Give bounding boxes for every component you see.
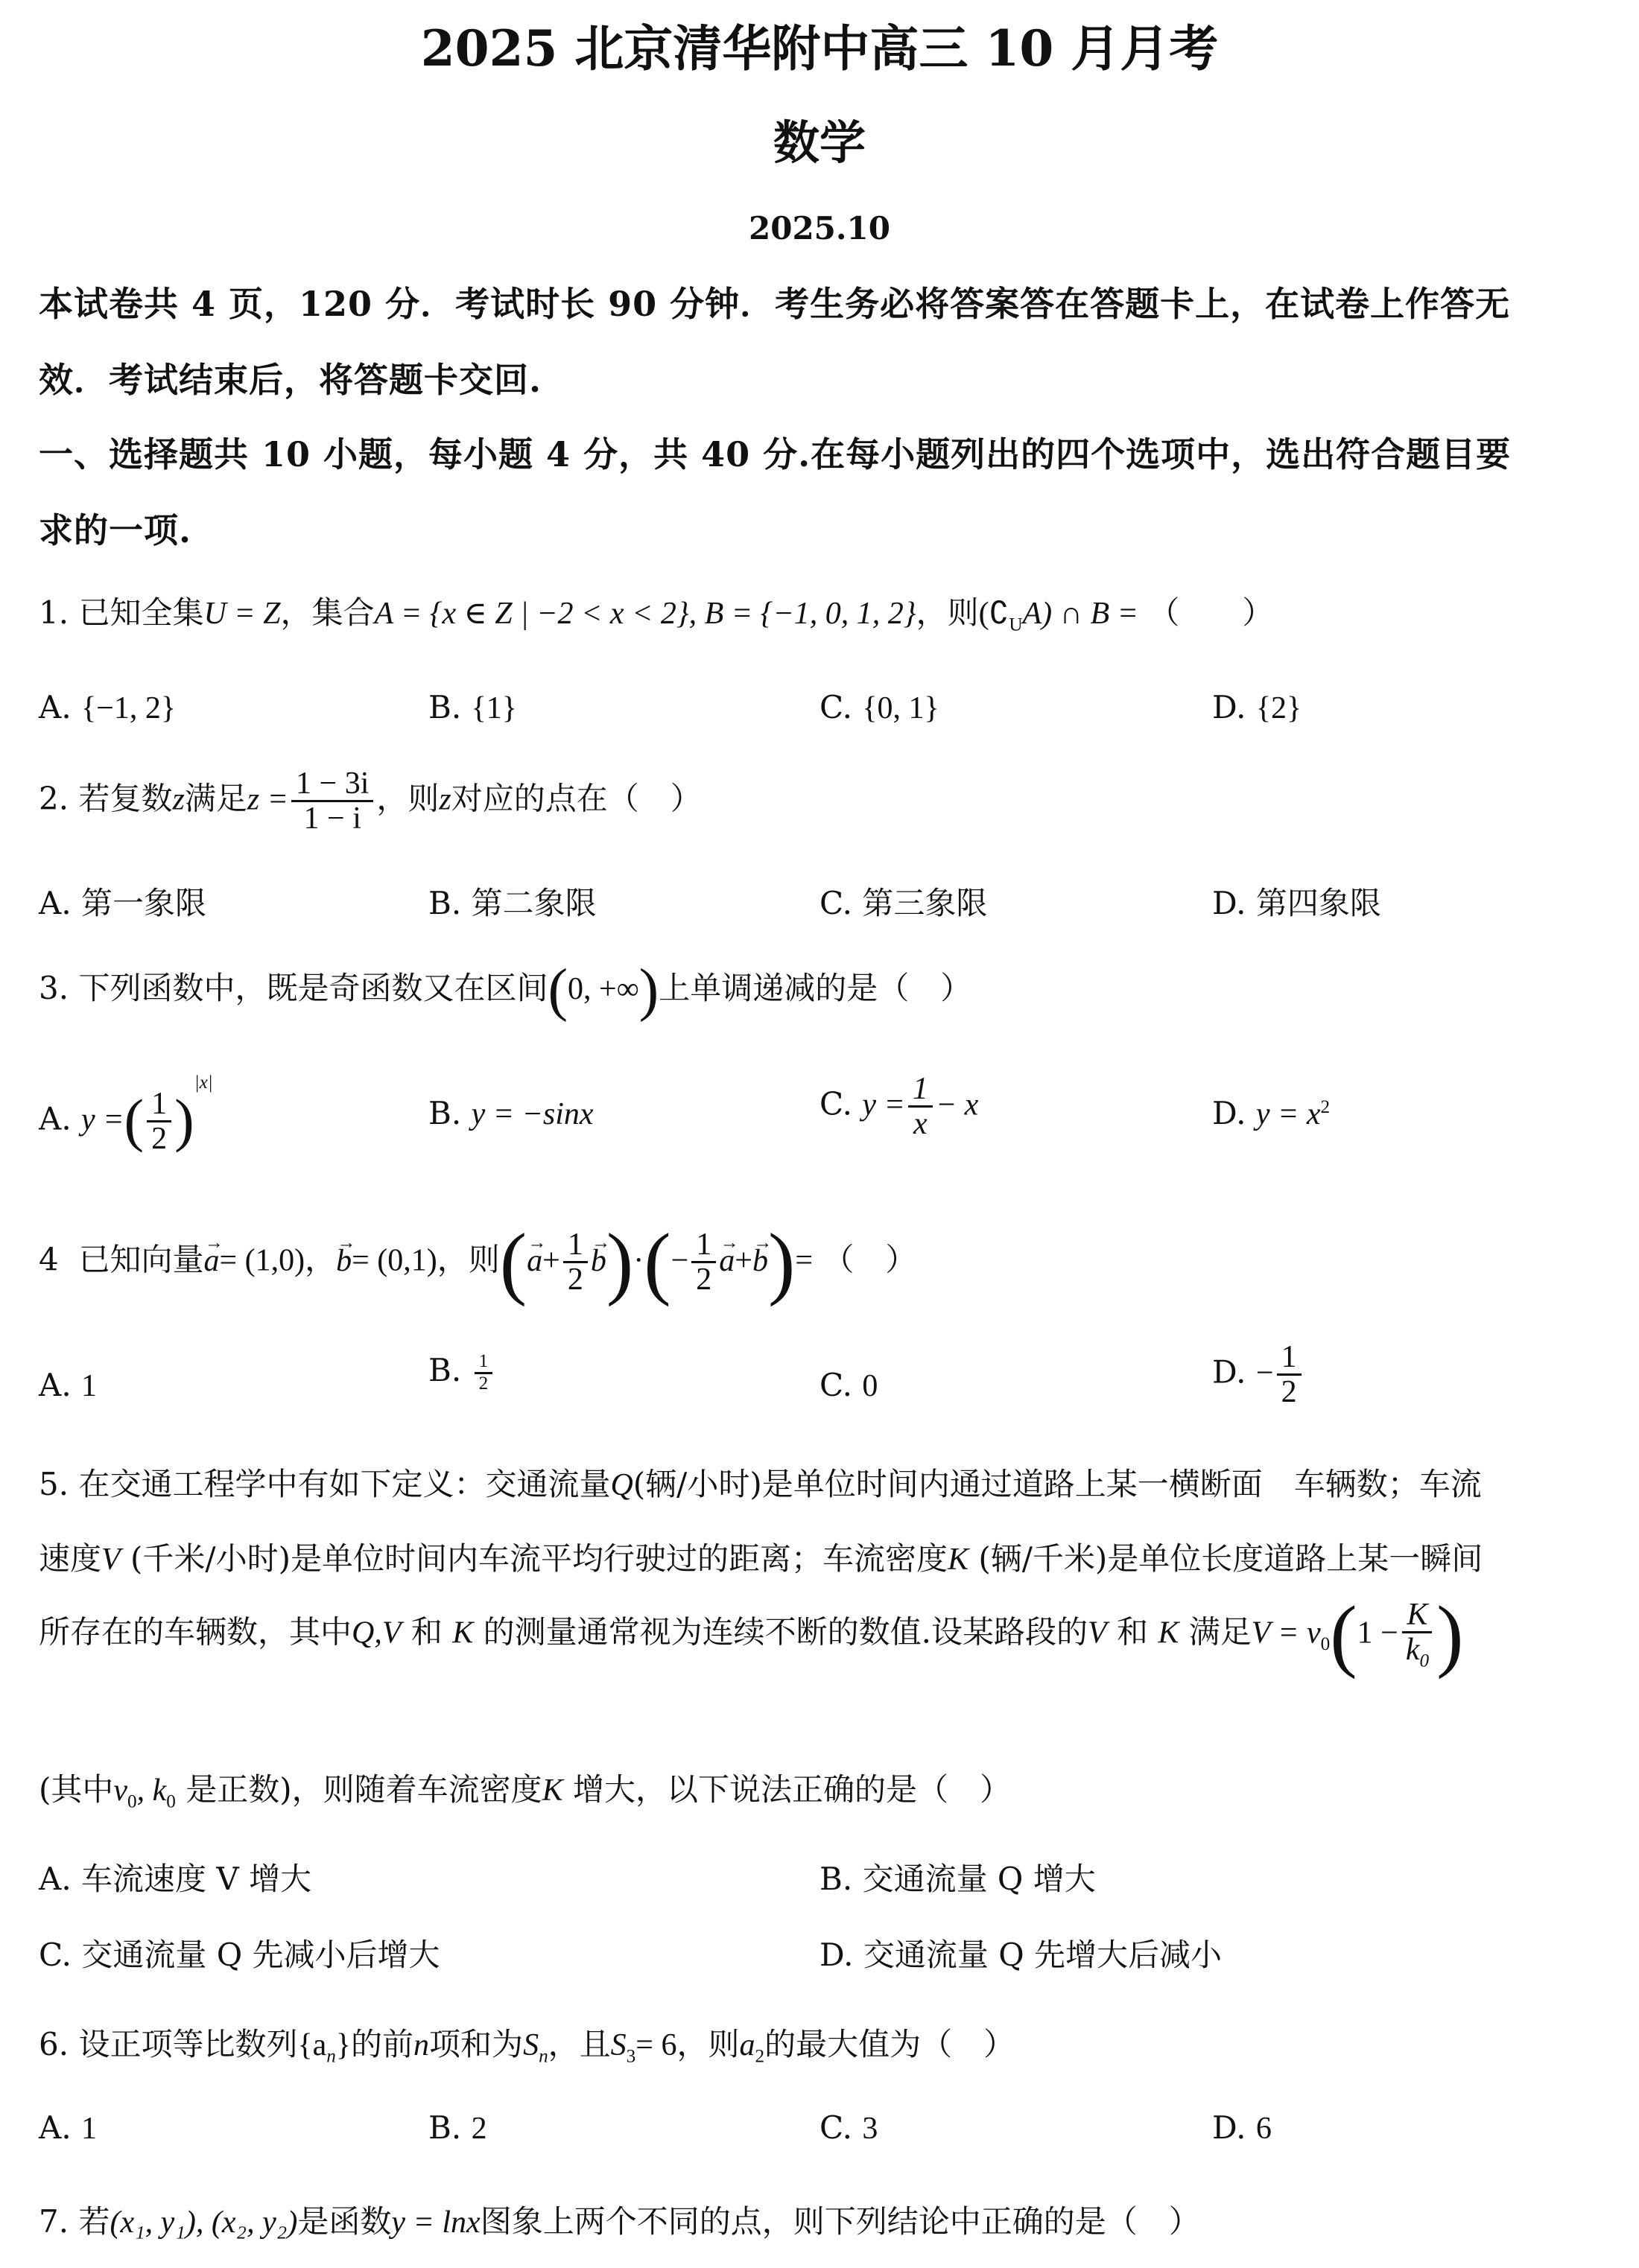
question-text: ，集合 (280, 594, 374, 631)
math-interval: 0, +∞ (568, 972, 639, 1006)
question-text: 已知向量 (78, 1242, 203, 1278)
q1-option-a: A. {−1, 2} (39, 689, 176, 726)
q6-option-a: A. 1 (39, 2109, 97, 2147)
instructions-line-1: 本试卷共 4 页，120 分．考试时长 90 分钟．考生务必将答案答在答题卡上，… (39, 277, 1510, 326)
math-expression: A) ∩ B = (1023, 597, 1138, 631)
q1-option-d: D. {2} (1212, 689, 1302, 726)
q3-option-c: C. y =1x− x (819, 1073, 978, 1140)
formula-v: V = v (1252, 1616, 1321, 1651)
question-number: 3. (39, 970, 69, 1006)
q2-option-b: B. 第二象限 (428, 879, 597, 924)
instructions-line-2: 效．考试结束后，将答题卡交回. (39, 353, 542, 402)
math-complement: (∁ (979, 597, 1009, 631)
q4-option-a: A. 1 (39, 1367, 97, 1404)
option-value: {2} (1256, 691, 1302, 725)
q1-option-b: B. {1} (428, 689, 517, 726)
q3-option-d: D. y = x2 (1212, 1095, 1330, 1132)
question-5-line-3: 所存在的车辆数，其中Q,V 和 K 的测量通常视为连续不断的数值.设某路段的V … (39, 1594, 1463, 1675)
q4-option-b: B. 12 (428, 1352, 495, 1394)
math-subscript: U (1009, 614, 1022, 635)
question-6: 6. 设正项等比数列{an}的前n项和为Sn，且S3= 6，则a2的最大值为（ … (39, 2020, 1015, 2067)
question-text: 满足 (185, 781, 247, 817)
q6-option-b: B. 2 (428, 2109, 487, 2147)
math-universal-set: U = Z (203, 597, 280, 631)
option-label: D. (1212, 689, 1246, 725)
section-heading-line-2: 求的一项. (39, 504, 191, 553)
math-lhs: z = (247, 783, 288, 817)
option-label: A. (39, 689, 72, 725)
q5-option-a: A. 车流速度 V 增大 (39, 1855, 311, 1899)
q2-option-c: C. 第三象限 (819, 879, 987, 924)
option-label: C. (819, 689, 852, 725)
exam-date: 2025.10 (0, 210, 1639, 247)
q6-option-c: C. 3 (819, 2109, 878, 2147)
question-1: 1. 已知全集U = Z，集合A = {x ∈ Z | −2 < x < 2},… (39, 588, 1273, 635)
question-2: 2. 若复数z满足z =1 − 3i1 − i，则z对应的点在（ ） (39, 767, 702, 835)
vector-b: b (336, 1243, 352, 1279)
vector-a: a (203, 1243, 219, 1279)
question-number: 4 (39, 1242, 59, 1278)
question-text: 对应的点在（ ） (451, 781, 702, 817)
question-text: ，则 (916, 594, 979, 631)
question-4: 4 已知向量a= (1,0)，b= (0,1)，则(a+12b)·(−12a+b… (39, 1222, 916, 1303)
q2-option-d: D. 第四象限 (1212, 879, 1381, 924)
question-number: 1. (39, 594, 69, 631)
q2-option-a: A. 第一象限 (39, 879, 206, 924)
question-3: 3. 下列函数中，既是奇函数又在区间(0, +∞)上单调递减的是（ ） (39, 961, 971, 1020)
question-text: ，则 (376, 781, 439, 817)
question-text: 下列函数中，既是奇函数又在区间 (78, 970, 548, 1006)
math-sets: A = {x ∈ Z | −2 < x < 2}, B = {−1, 0, 1,… (375, 597, 916, 631)
q5-option-d: D. 交通流量 Q 先增大后减小 (819, 1931, 1222, 1975)
question-5-line-4: (其中v0, k0 是正数)，则随着车流密度K 增大，以下说法正确的是（ ） (39, 1765, 1011, 1812)
math-var: z (172, 783, 184, 817)
exam-title: 2025 北京清华附中高三 10 月月考 (0, 9, 1639, 80)
fraction: 1 − 3i1 − i (291, 767, 373, 835)
question-text: 已知全集 (78, 594, 203, 631)
q6-option-d: D. 6 (1212, 2109, 1272, 2147)
exam-subject: 数学 (0, 106, 1639, 172)
section-heading-line-1: 一、选择题共 10 小题，每小题 4 分，共 40 分.在每小题列出的四个选项中… (39, 428, 1511, 477)
option-value: {−1, 2} (81, 691, 176, 725)
q1-option-c: C. {0, 1} (819, 689, 939, 726)
q4-option-d: D. −12 (1212, 1341, 1304, 1408)
option-value: {0, 1} (862, 691, 939, 725)
q3-option-a: A. y =(12)|x| (39, 1073, 213, 1155)
math-var: z (439, 783, 451, 817)
question-text: 若复数 (78, 781, 172, 817)
answer-blank: （ ） (1148, 594, 1273, 631)
q5-option-c: C. 交通流量 Q 先减小后增大 (39, 1931, 440, 1975)
option-value: {1} (472, 691, 517, 725)
question-5-line-2: 速度V (千米/小时)是单位时间内车流平均行驶过的距离；车流密度K (辆/千米)… (39, 1534, 1483, 1579)
q4-option-c: C. 0 (819, 1367, 878, 1404)
q3-option-b: B. y = −sinx (428, 1095, 594, 1132)
option-label: B. (428, 689, 461, 725)
answer-blank: （ ） (822, 1242, 916, 1278)
question-5-line-1: 5. 在交通工程学中有如下定义：交通流量Q(辆/小时)是单位时间内通过道路上某一… (39, 1460, 1482, 1505)
question-text: 上单调递减的是（ ） (659, 970, 971, 1006)
q5-option-b: B. 交通流量 Q 增大 (819, 1855, 1096, 1899)
question-7: 7. 若(x₁, y₁), (x₂, y₂)是函数y = lnx图象上两个不同的… (39, 2197, 1200, 2242)
question-number: 2. (39, 781, 69, 817)
